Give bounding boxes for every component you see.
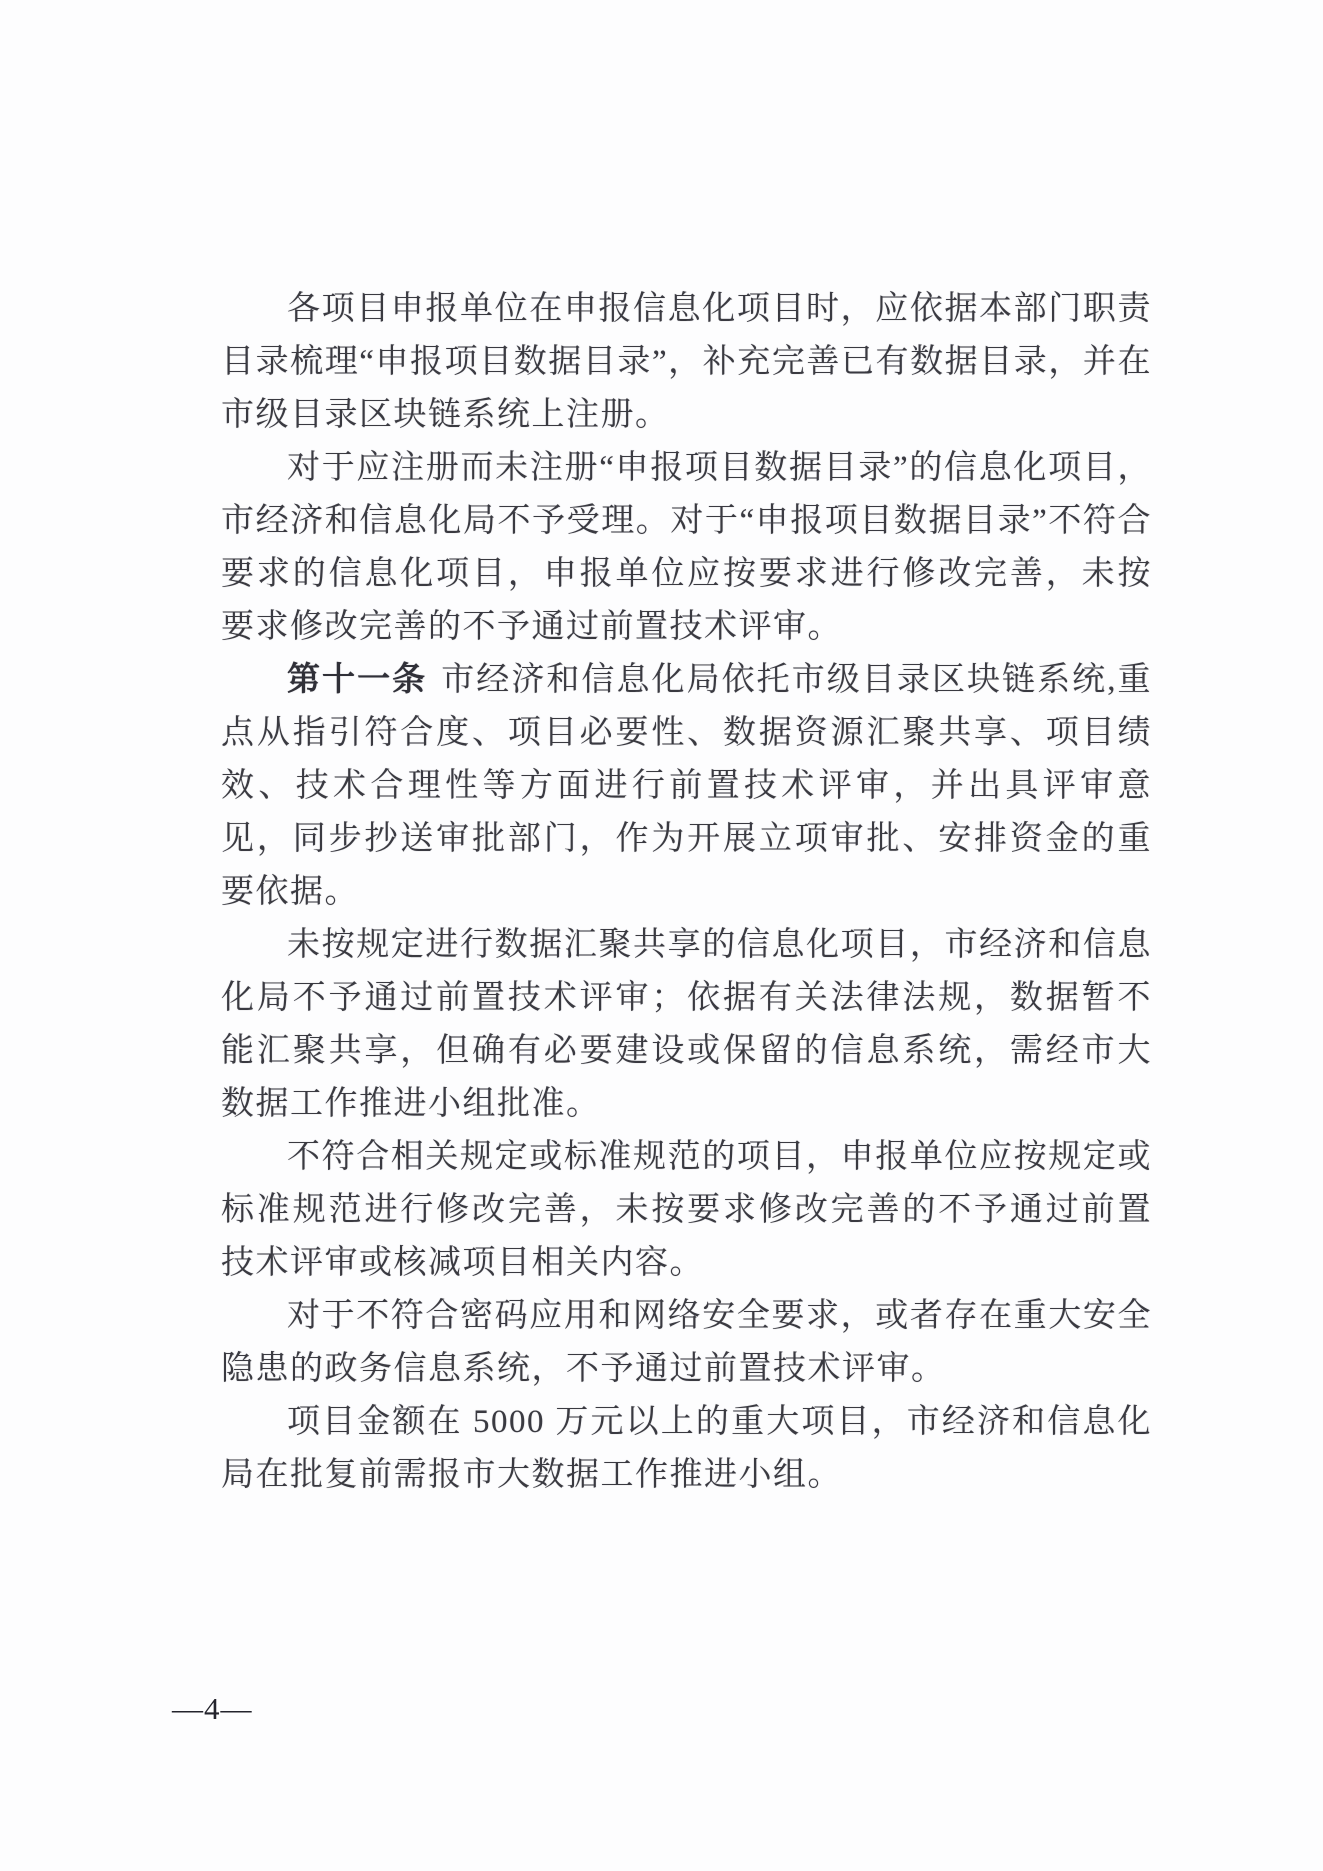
document-body: 各项目申报单位在申报信息化项目时，应依据本部门职责目录梳理“申报项目数据目录”，… <box>221 283 1152 1502</box>
article-number-label: 第十一条 <box>287 662 427 698</box>
paragraph-text: 项目金额在 5000 万元以上的重大项目，市经济和信息化局在批复前需报市大数据工… <box>221 1404 1152 1493</box>
paragraph-text: 对于应注册而未注册“申报项目数据目录”的信息化项目，市经济和信息化局不予受理。对… <box>221 450 1152 645</box>
document-page: 各项目申报单位在申报信息化项目时，应依据本部门职责目录梳理“申报项目数据目录”，… <box>0 0 1323 1871</box>
paragraph-text: 未按规定进行数据汇聚共享的信息化项目，市经济和信息化局不予通过前置技术评审；依据… <box>221 927 1152 1122</box>
paragraph-text: 对于不符合密码应用和网络安全要求，或者存在重大安全隐患的政务信息系统，不予通过前… <box>221 1298 1152 1387</box>
paragraph: 对于应注册而未注册“申报项目数据目录”的信息化项目，市经济和信息化局不予受理。对… <box>221 442 1152 654</box>
paragraph: 项目金额在 5000 万元以上的重大项目，市经济和信息化局在批复前需报市大数据工… <box>221 1396 1152 1502</box>
paragraph-text: 市经济和信息化局依托市级目录区块链系统,重点从指引符合度、项目必要性、数据资源汇… <box>221 662 1152 910</box>
paragraph: 不符合相关规定或标准规范的项目，申报单位应按规定或标准规范进行修改完善，未按要求… <box>221 1131 1152 1290</box>
paragraph: 各项目申报单位在申报信息化项目时，应依据本部门职责目录梳理“申报项目数据目录”，… <box>221 283 1152 442</box>
paragraph-text: 不符合相关规定或标准规范的项目，申报单位应按规定或标准规范进行修改完善，未按要求… <box>221 1139 1152 1281</box>
paragraph: 对于不符合密码应用和网络安全要求，或者存在重大安全隐患的政务信息系统，不予通过前… <box>221 1290 1152 1396</box>
paragraph-text: 各项目申报单位在申报信息化项目时，应依据本部门职责目录梳理“申报项目数据目录”，… <box>221 291 1152 433</box>
page-number: —4— <box>172 1692 253 1726</box>
paragraph: 未按规定进行数据汇聚共享的信息化项目，市经济和信息化局不予通过前置技术评审；依据… <box>221 919 1152 1131</box>
paragraph-article-11: 第十一条市经济和信息化局依托市级目录区块链系统,重点从指引符合度、项目必要性、数… <box>221 654 1152 919</box>
